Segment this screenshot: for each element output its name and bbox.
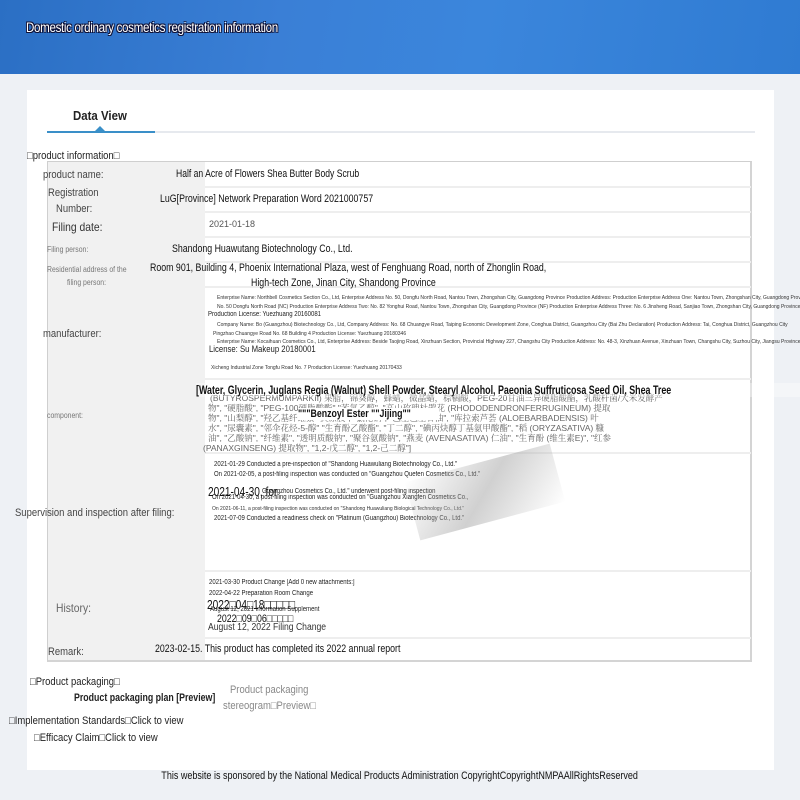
row-divider — [205, 637, 751, 639]
component-headline: [Water, Glycerin, Juglans Regia (Walnut)… — [196, 383, 800, 397]
residential-address-label: Residential address of the — [47, 265, 140, 274]
residential-address-value-2: High-tech Zone, Jinan City, Shandong Pro… — [251, 277, 482, 289]
manufacturer-line: No. 50 Dongfu North Road (NC) Production… — [217, 304, 800, 310]
manufacturer-line: License: Su Makeup 20180001 — [209, 344, 333, 354]
tab-active-indicator — [47, 131, 155, 133]
manufacturer-line: Production License: Yuezhuang 20160081 — [208, 311, 339, 318]
registration-number-label-2: Number: — [56, 203, 98, 215]
history-line: 2022-04-22 Preparation Room Change — [209, 590, 330, 597]
page-header: Domestic ordinary cosmetics registration… — [0, 0, 800, 74]
component-cjk-line: (PANAXGINSENG) 提取物", "1,2-戊二醇", "1,2-己二醇… — [203, 443, 411, 454]
row-divider — [205, 570, 751, 572]
filing-date-value: 2021-01-18 — [209, 219, 255, 229]
implementation-standards-link[interactable]: □Implementation Standards□Click to view — [9, 715, 212, 727]
registration-number-label: Registration — [48, 187, 107, 199]
section-product-packaging: □Product packaging□ — [30, 676, 134, 688]
row-divider — [205, 211, 751, 213]
manufacturer-line: Enterprise Name: Northbell Cosmetics Sec… — [217, 295, 800, 301]
history-line: 2021-03-30 Product Change [Add 0 new att… — [209, 579, 378, 586]
history-label: History: — [56, 601, 97, 615]
remark-label: Remark: — [48, 646, 90, 658]
component-cjk-line: 油", "乙酸钠", "纤维素", "透明质酸钠", "聚谷氨酸钠", "燕麦 … — [208, 433, 611, 444]
remark-value: 2023-02-15. This product has completed i… — [155, 643, 462, 655]
supervision-line: 2021-01-29 Conducted a pre-inspection of… — [214, 461, 497, 468]
efficacy-claim-link[interactable]: □Efficacy Claim□Click to view — [34, 732, 178, 744]
history-line: August 12, 2022 Filing Change — [208, 622, 345, 633]
tab-data-view[interactable]: Data View — [73, 108, 127, 123]
page-title: Domestic ordinary cosmetics registration… — [26, 20, 278, 35]
filing-date-label: Filing date: — [52, 220, 111, 234]
component-cjk-line: 水", "尿囊素", "邻伞花烃-5-醇" "生育酚乙酸酯", "丁二醇", "… — [208, 423, 604, 434]
row-divider — [205, 236, 751, 238]
residential-address-label-2: filing person: — [67, 278, 112, 287]
component-label: component: — [47, 411, 89, 420]
manufacturer-line: Company Name: Bo (Guangzhou) Biotechnolo… — [217, 322, 788, 328]
registration-number-value: LuG[Province] Network Preparation Word 2… — [160, 193, 426, 205]
supervision-label: Supervision and inspection after filing: — [15, 507, 200, 519]
packaging-stereogram-preview-link-2[interactable]: stereogram□Preview□ — [223, 700, 331, 712]
residential-address-value: Room 901, Building 4, Phoenix Internatio… — [150, 262, 645, 274]
component-overlay: """Benzoyl Ester ""Jijing"" — [298, 408, 439, 420]
filing-person-label: Filing person: — [47, 245, 95, 254]
tab-caret-icon — [95, 126, 105, 131]
product-name-value: Half an Acre of Flowers Shea Butter Body… — [176, 168, 411, 180]
row-divider — [205, 378, 751, 380]
row-divider — [205, 186, 751, 188]
history-overlay: 2022□04□18□□□□□ — [207, 597, 320, 612]
manufacturer-label: manufacturer: — [43, 328, 111, 340]
manufacturer-line: Pingzhao Chuangye Road No. 68 Building 4… — [213, 331, 406, 337]
page-footer: This website is sponsored by the Nationa… — [0, 770, 800, 782]
manufacturer-line: Xicheng Industrial Zone Tongfu Road No. … — [211, 365, 402, 371]
filing-person-value: Shandong Huawutang Biotechnology Co., Lt… — [172, 243, 398, 255]
packaging-stereogram-preview-link[interactable]: Product packaging — [230, 684, 321, 696]
product-name-label: product name: — [43, 169, 113, 181]
